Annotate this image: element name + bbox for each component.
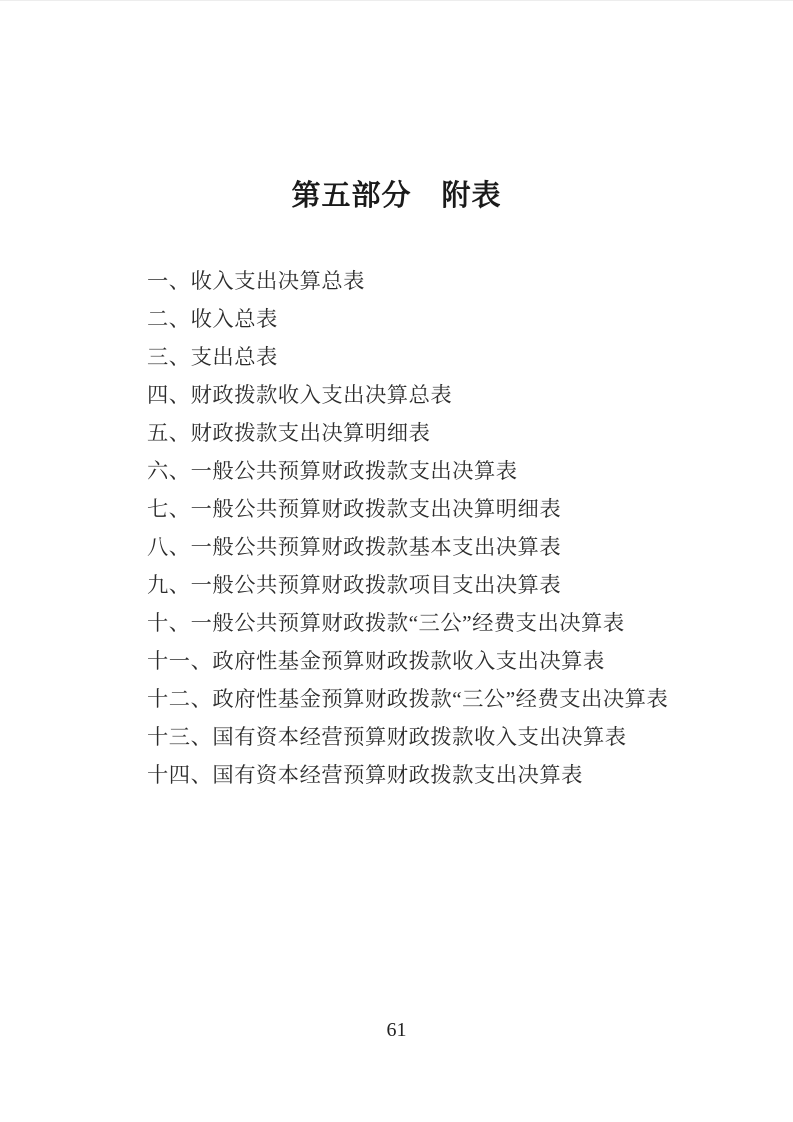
list-item: 七、一般公共预算财政拨款支出决算明细表	[147, 490, 668, 528]
list-item: 六、一般公共预算财政拨款支出决算表	[147, 452, 668, 490]
page-number: 61	[0, 1018, 793, 1042]
list-item: 二、收入总表	[147, 300, 668, 338]
list-item: 一、收入支出决算总表	[147, 262, 668, 300]
list-item: 三、支出总表	[147, 338, 668, 376]
document-page: 第五部分 附表 一、收入支出决算总表 二、收入总表 三、支出总表 四、财政拨款收…	[0, 0, 793, 1122]
page-top-edge	[0, 0, 793, 1]
list-item: 十、一般公共预算财政拨款“三公”经费支出决算表	[147, 604, 668, 642]
list-item: 八、一般公共预算财政拨款基本支出决算表	[147, 528, 668, 566]
list-item: 九、一般公共预算财政拨款项目支出决算表	[147, 566, 668, 604]
list-item: 四、财政拨款收入支出决算总表	[147, 376, 668, 414]
list-item: 十一、政府性基金预算财政拨款收入支出决算表	[147, 642, 668, 680]
section-title: 第五部分 附表	[0, 178, 793, 214]
list-item: 十三、国有资本经营预算财政拨款收入支出决算表	[147, 718, 668, 756]
list-item: 十二、政府性基金预算财政拨款“三公”经费支出决算表	[147, 680, 668, 718]
appendix-table-list: 一、收入支出决算总表 二、收入总表 三、支出总表 四、财政拨款收入支出决算总表 …	[147, 262, 668, 794]
list-item: 五、财政拨款支出决算明细表	[147, 414, 668, 452]
list-item: 十四、国有资本经营预算财政拨款支出决算表	[147, 756, 668, 794]
